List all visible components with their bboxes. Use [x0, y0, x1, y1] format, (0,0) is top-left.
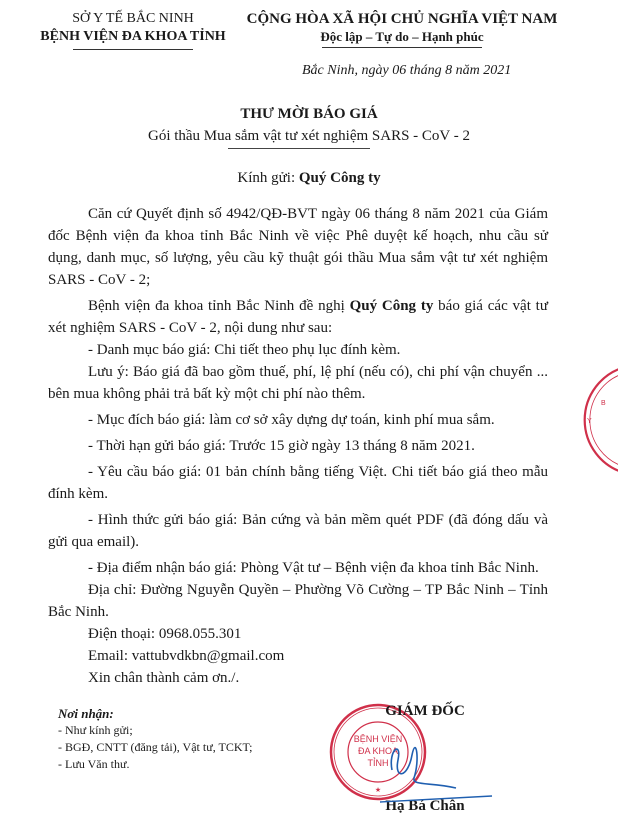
hospital-name: BỆNH VIỆN ĐA KHOA TỈNH	[28, 28, 238, 46]
greeting-prefix: Kính gửi:	[237, 170, 298, 186]
recipient-item: - Lưu Văn thư.	[58, 756, 253, 773]
recipients-heading: Nơi nhận:	[58, 705, 253, 722]
item-catalog: - Danh mục báo giá: Chi tiết theo phụ lụ…	[48, 339, 548, 361]
national-motto: Độc lập – Tự do – Hạnh phúc	[232, 28, 572, 46]
header-divider	[73, 49, 193, 50]
item-address: Địa chỉ: Đường Nguyễn Quyền – Phường Võ …	[48, 579, 548, 623]
item-email: Email: vattubvdkbn@gmail.com	[48, 645, 548, 667]
signer-title: GIÁM ĐỐC	[350, 703, 500, 720]
motto-divider	[322, 47, 482, 48]
page-seal-fragment-icon: Y B	[565, 365, 618, 475]
request-text: Bệnh viện đa khoa tỉnh Bắc Ninh đề nghị	[88, 298, 350, 314]
document-title: THƯ MỜI BÁO GIÁ	[0, 106, 618, 123]
national-heading: CỘNG HÒA XÃ HỘI CHỦ NGHĨA VIỆT NAM Độc l…	[232, 10, 572, 48]
document-subtitle: Gói thầu Mua sắm vật tư xét nghiệm SARS …	[0, 128, 618, 145]
letter-body: Căn cứ Quyết định số 4942/QĐ-BVT ngày 06…	[48, 203, 548, 689]
item-requirements: - Yêu cầu báo giá: 01 bản chính bằng tiế…	[48, 461, 548, 505]
legal-basis-paragraph: Căn cứ Quyết định số 4942/QĐ-BVT ngày 06…	[48, 203, 548, 291]
item-submission-form: - Hình thức gửi báo giá: Bản cứng và bản…	[48, 509, 548, 553]
item-phone: Điện thoại: 0968.055.301	[48, 623, 548, 645]
document-date: Bắc Ninh, ngày 06 tháng 8 năm 2021	[302, 63, 511, 79]
issuing-organization: SỞ Y TẾ BẮC NINH BỆNH VIỆN ĐA KHOA TỈNH	[28, 10, 238, 50]
recipient-item: - Như kính gửi;	[58, 722, 253, 739]
subtitle-underline	[228, 148, 370, 149]
signature-icon	[380, 730, 500, 810]
item-note: Lưu ý: Báo giá đã bao gồm thuế, phí, lệ …	[48, 361, 548, 405]
item-location: - Địa điểm nhận báo giá: Phòng Vật tư – …	[48, 557, 548, 579]
country-name: CỘNG HÒA XÃ HỘI CHỦ NGHĨA VIỆT NAM	[232, 10, 572, 28]
recipient-item: - BGĐ, CNTT (đăng tải), Vật tư, TCKT;	[58, 739, 253, 756]
recipients-block: Nơi nhận: - Như kính gửi; - BGĐ, CNTT (đ…	[58, 705, 253, 773]
closing-thanks: Xin chân thành cảm ơn./.	[48, 667, 548, 689]
subtitle-text: Gói thầu Mua sắm vật tư xét nghiệm SARS …	[148, 128, 470, 144]
svg-text:B: B	[601, 400, 606, 407]
item-deadline: - Thời hạn gửi báo giá: Trước 15 giờ ngà…	[48, 435, 548, 457]
department-name: SỞ Y TẾ BẮC NINH	[28, 10, 238, 28]
request-recipient: Quý Công ty	[350, 298, 434, 314]
svg-text:Y: Y	[587, 418, 592, 425]
request-paragraph: Bệnh viện đa khoa tỉnh Bắc Ninh đề nghị …	[48, 295, 548, 339]
greeting-recipient: Quý Công ty	[299, 170, 381, 186]
item-purpose: - Mục đích báo giá: làm cơ sở xây dựng d…	[48, 409, 548, 431]
greeting: Kính gửi: Quý Công ty	[0, 170, 618, 187]
